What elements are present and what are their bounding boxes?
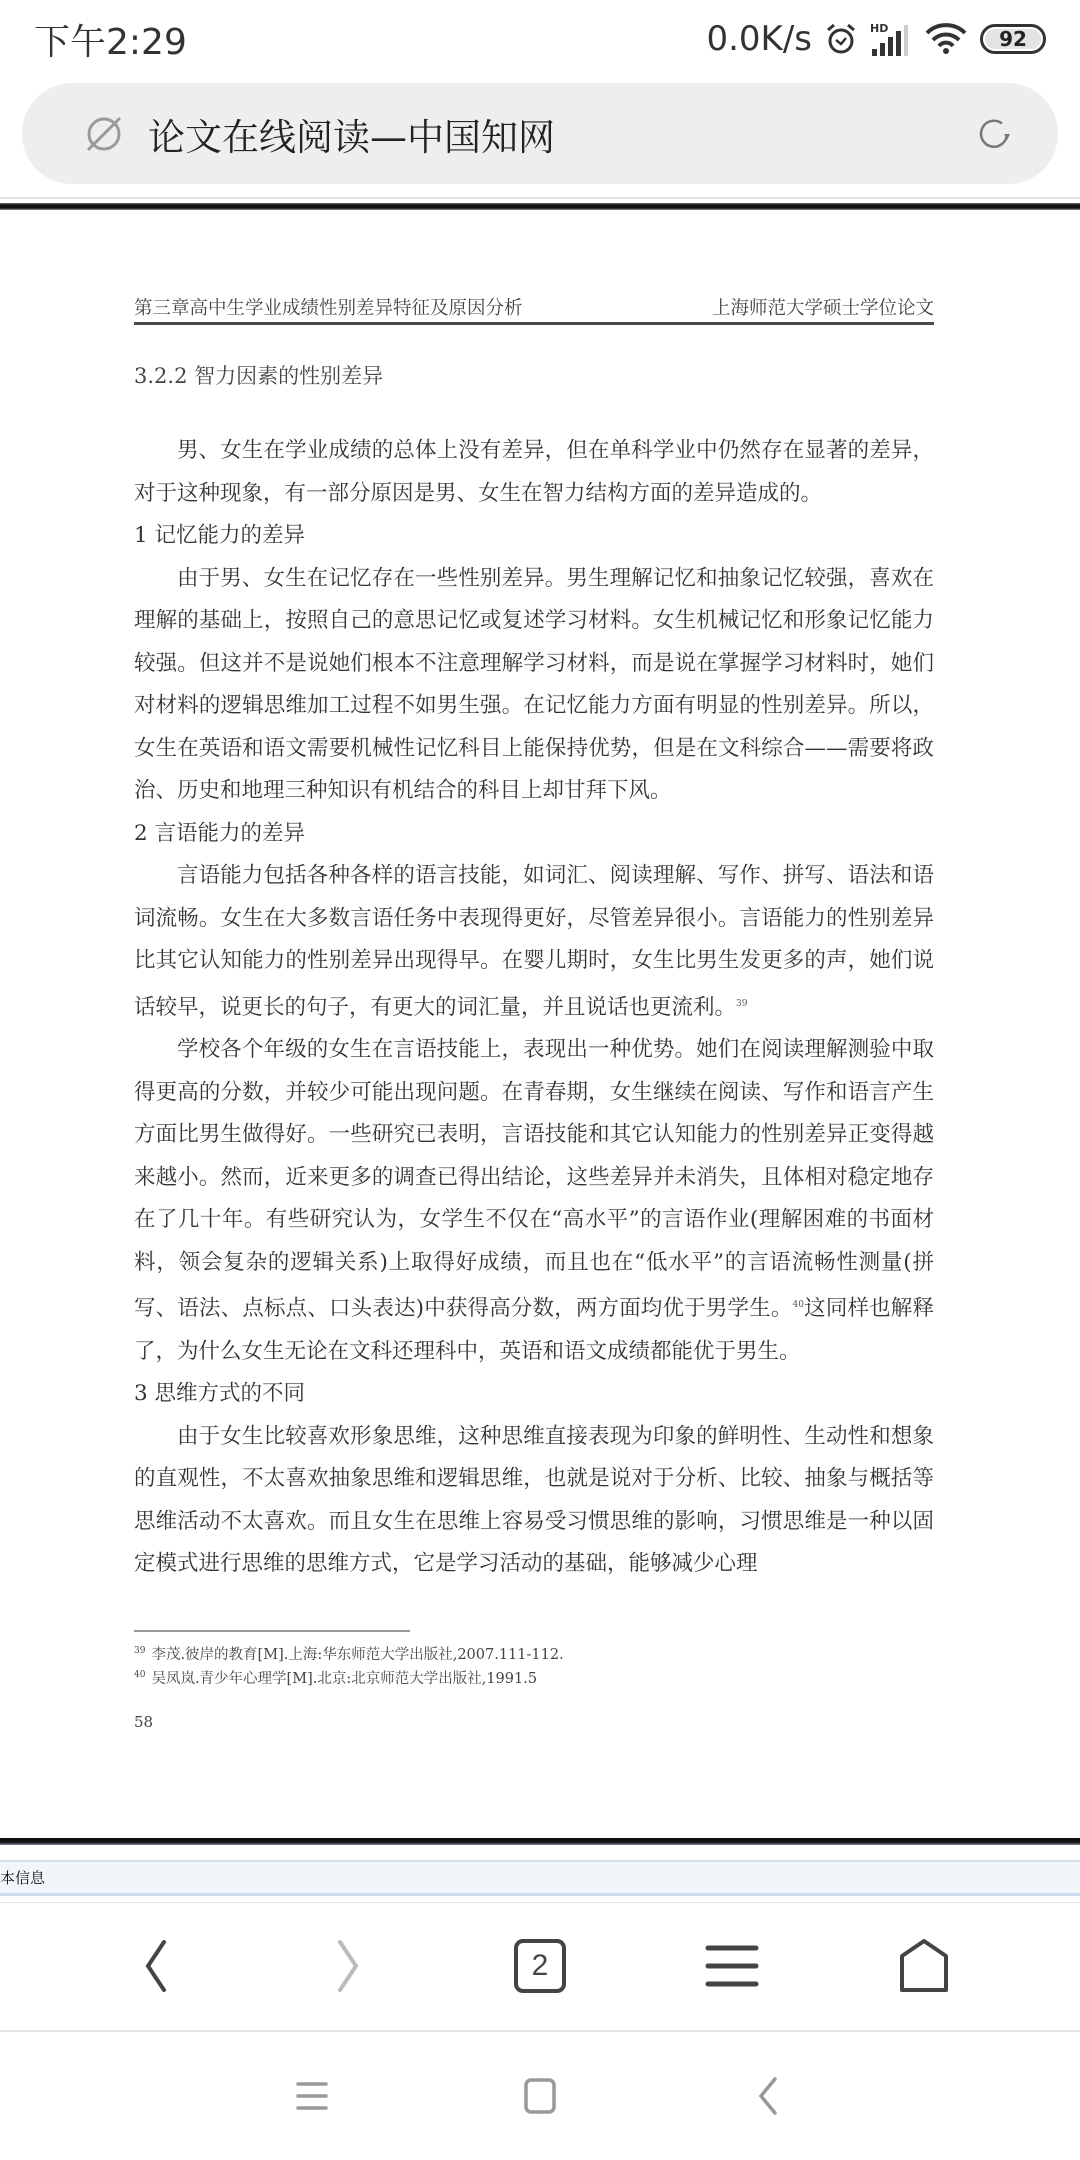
home-icon: [898, 1938, 950, 1994]
chevron-right-icon: [328, 1938, 368, 1994]
subsection-heading: 2 言语能力的差异: [134, 813, 934, 856]
footnote-text: 李茂.彼岸的教育[M].上海:华东师范大学出版社,2007.111-112.: [151, 1647, 563, 1663]
running-header-right: 上海师范大学硕士学位论文: [712, 294, 934, 320]
recents-button[interactable]: [282, 2066, 342, 2126]
info-strip-label[interactable]: 本信息: [0, 1867, 45, 1888]
system-back-button[interactable]: [738, 2066, 798, 2126]
paragraph: 由于女生比较喜欢形象思维，这种思维直接表现为印象的鲜明性、生动性和想象的直观性，…: [134, 1416, 934, 1586]
section-title: 3.2.2 智力因素的性别差异: [134, 360, 383, 390]
battery-icon: 92: [980, 24, 1046, 54]
footnote-number: 40: [134, 1670, 145, 1680]
status-indicators: 0.0K/s HD 92: [706, 19, 1046, 59]
home-button[interactable]: [884, 1926, 964, 2006]
paragraph-text: 言语能力包括各种各样的语言技能，如词汇、阅读理解、写作、拼写、语法和语词流畅。女…: [134, 863, 934, 1020]
paragraph: 男、女生在学业成绩的总体上没有差异，但在单科学业中仍然存在显著的差异，对于这种现…: [134, 430, 934, 515]
wifi-icon: [924, 22, 968, 56]
page-title[interactable]: 论文在线阅读—中国知网: [148, 107, 970, 161]
page-number: 58: [134, 1713, 153, 1731]
footnote: 39李茂.彼岸的教育[M].上海:华东师范大学出版社,2007.111-112.: [134, 1641, 564, 1665]
footnote: 40吴凤岚.青少年心理学[M].北京:北京师范大学出版社,1991.5: [134, 1665, 564, 1689]
system-home-button[interactable]: [510, 2066, 570, 2126]
reload-button[interactable]: [970, 110, 1018, 158]
footnotes: 39李茂.彼岸的教育[M].上海:华东师范大学出版社,2007.111-112.…: [134, 1641, 564, 1689]
subsection-heading: 1 记忆能力的差异: [134, 515, 934, 558]
footnote-number: 39: [134, 1646, 145, 1656]
tabs-button[interactable]: 2: [500, 1926, 580, 2006]
system-navigation-bar: [0, 2032, 1080, 2160]
document-border-bottom: [0, 1838, 1080, 1845]
subsection-heading: 3 思维方式的不同: [134, 1373, 934, 1416]
tab-count: 2: [532, 1949, 549, 1983]
alarm-icon: [824, 22, 858, 56]
planet-icon: [82, 112, 126, 156]
address-bar[interactable]: 论文在线阅读—中国知网: [22, 83, 1058, 184]
svg-text:HD: HD: [870, 22, 888, 35]
back-icon: [755, 2077, 781, 2115]
info-strip[interactable]: 本信息: [0, 1860, 1080, 1896]
recents-icon: [295, 2079, 329, 2113]
menu-button[interactable]: [692, 1926, 772, 2006]
chevron-left-icon: [136, 1938, 176, 1994]
forward-button[interactable]: [308, 1926, 388, 2006]
battery-level: 92: [985, 29, 1041, 49]
footnote-ref[interactable]: 40: [793, 1300, 804, 1310]
paragraph-text: 学校各个年级的女生在言语技能上，表现出一种优势。她们在阅读理解测验中取得更高的分…: [134, 1037, 934, 1321]
reload-icon: [974, 114, 1014, 154]
menu-icon: [705, 1942, 759, 1990]
status-time: 下午2:29: [34, 14, 187, 65]
network-speed: 0.0K/s: [706, 19, 812, 59]
browser-toolbar: 2: [0, 1902, 1080, 2030]
back-button[interactable]: [116, 1926, 196, 2006]
hd-signal-icon: HD: [870, 21, 912, 57]
divider: [0, 197, 1080, 199]
footnote-ref[interactable]: 39: [736, 999, 747, 1009]
running-header-left: 第三章高中生学业成绩性别差异特征及原因分析: [134, 294, 523, 320]
document-border-top: [0, 203, 1080, 210]
body-text: 男、女生在学业成绩的总体上没有差异，但在单科学业中仍然存在显著的差异，对于这种现…: [134, 430, 934, 1586]
square-home-icon: [523, 2078, 557, 2114]
status-bar: 下午2:29 0.0K/s HD 92: [0, 0, 1080, 78]
paragraph: 言语能力包括各种各样的语言技能，如词汇、阅读理解、写作、拼写、语法和语词流畅。女…: [134, 855, 934, 1029]
running-header: 第三章高中生学业成绩性别差异特征及原因分析 上海师范大学硕士学位论文: [134, 294, 934, 325]
footnote-divider: [134, 1630, 410, 1632]
document-viewer[interactable]: 第三章高中生学业成绩性别差异特征及原因分析 上海师范大学硕士学位论文 3.2.2…: [0, 210, 1080, 1838]
paragraph: 由于男、女生在记忆存在一些性别差异。男生理解记忆和抽象记忆较强，喜欢在理解的基础…: [134, 558, 934, 813]
paragraph: 学校各个年级的女生在言语技能上，表现出一种优势。她们在阅读理解测验中取得更高的分…: [134, 1029, 934, 1373]
footnote-text: 吴凤岚.青少年心理学[M].北京:北京师范大学出版社,1991.5: [151, 1671, 537, 1687]
